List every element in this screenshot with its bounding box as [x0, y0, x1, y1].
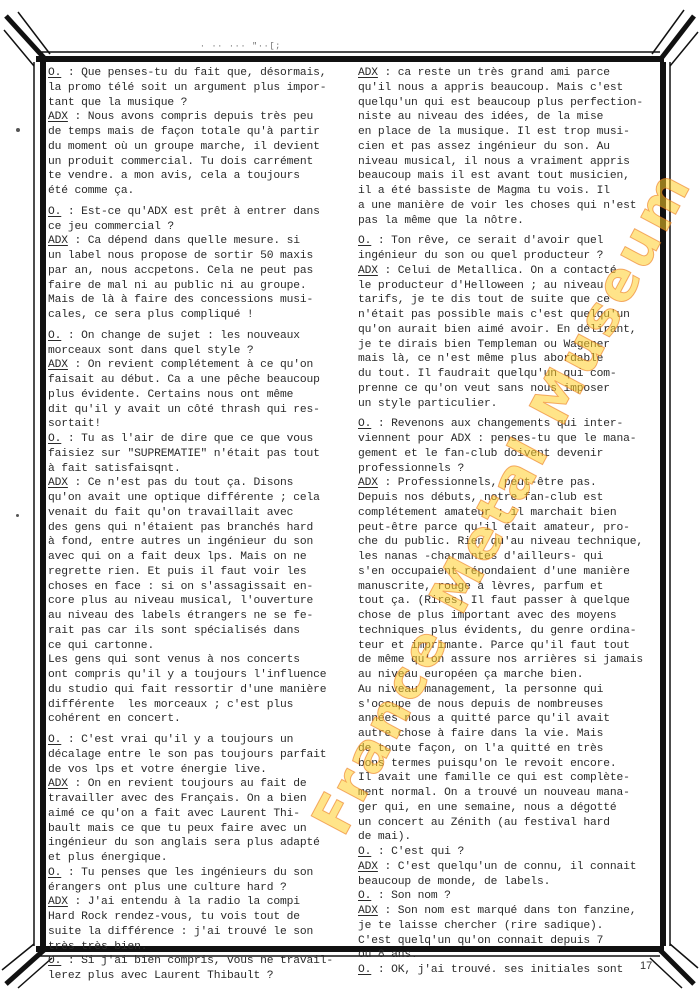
text-line: O. : Est-ce qu'ADX est prêt à entrer dan…	[48, 205, 353, 220]
text-line: venait du fait qu'on travaillait avec	[48, 506, 353, 521]
line-text: : Nous avons compris depuis très peu	[68, 111, 313, 123]
text-line: ADX : Professionnels, peut-être pas.	[358, 476, 663, 491]
text-line: du studio qui fait ressortir d'une maniè…	[48, 683, 353, 698]
text-line: sortait!	[48, 417, 353, 432]
text-line: cien et pas assez ingénieur du son. Au	[358, 140, 663, 155]
text-line: O. : Que penses-tu du fait que, désormai…	[48, 66, 353, 81]
text-line: suite la différence : j'ai trouvé le son	[48, 925, 353, 940]
text-line: a une manière de voir les choses qui n'e…	[358, 199, 663, 214]
text-line: Au niveau management, la personne qui	[358, 683, 663, 698]
text-line: la promo télé soit un argument plus impo…	[48, 81, 353, 96]
text-line: du moment où un groupe marche, il devien…	[48, 140, 353, 155]
text-line: che du public. Rien qu'au niveau techniq…	[358, 535, 663, 550]
text-line: quelqu'un qui est beaucoup plus perfecti…	[358, 96, 663, 111]
text-line: plus évidente. Certains nous ont même	[48, 388, 353, 403]
text-line: tant que la musique ?	[48, 96, 353, 111]
text-line: beaucoup de monde, de labels.	[358, 875, 663, 890]
speaker-label: O.	[358, 235, 371, 247]
text-line: niveau musical, il nous a vraiment appri…	[358, 155, 663, 170]
text-line: C'est quelq'un qu'on connait depuis 7	[358, 934, 663, 949]
text-line: aimé ce qu'on a fait avec Laurent Thi-	[48, 807, 353, 822]
text-line: complétement amateur ; il marchait bien	[358, 506, 663, 521]
text-line: beaucoup mais il est avant tout musicien…	[358, 169, 663, 184]
line-text: : C'est qui ?	[371, 846, 464, 858]
text-line: viennent pour ADX : penses-tu que le man…	[358, 432, 663, 447]
line-text: : Ca dépend dans quelle mesure. si	[68, 235, 300, 247]
speaker-label: O.	[48, 867, 61, 879]
speaker-label: O.	[358, 418, 371, 430]
text-line: un produit commercial. Tu dois carrément	[48, 155, 353, 170]
text-line: qu'on aurait bien aimé avoir. En déliran…	[358, 323, 663, 338]
text-line: années nous a quitté parce qu'il avait	[358, 712, 663, 727]
text-line: autre chose à faire dans la vie. Mais	[358, 727, 663, 742]
text-line: différente les morceaux ; c'est plus	[48, 698, 353, 713]
text-line: qu'on avait une optique différente ; cel…	[48, 491, 353, 506]
text-line: O. : OK, j'ai trouvé. ses initiales sont	[358, 963, 663, 978]
text-line: O. : C'est vrai qu'il y a toujours un	[48, 733, 353, 748]
text-line: ADX : On revient complétement à ce qu'on	[48, 358, 353, 373]
line-text: : On change de sujet : les nouveaux	[61, 330, 300, 342]
speaker-label: ADX	[358, 905, 378, 917]
line-text: : OK, j'ai trouvé. ses initiales sont	[371, 964, 623, 976]
text-line: ingénieur du son anglais sera plus adapt…	[48, 836, 353, 851]
text-line: de temps mais de façon totale qu'à parti…	[48, 125, 353, 140]
text-line: O. : Ton rêve, ce serait d'avoir quel	[358, 234, 663, 249]
header-scribble: · ·· ··· "··[;	[200, 42, 281, 51]
text-line: rait pas car ils sont spécialisés dans	[48, 624, 353, 639]
speaker-label: O.	[48, 206, 61, 218]
text-line: ADX : Ca dépend dans quelle mesure. si	[48, 234, 353, 249]
text-line: chose de plus important avec des moyens	[358, 609, 663, 624]
text-line: ce qui cartonne.	[48, 639, 353, 654]
speaker-label: O.	[358, 846, 371, 858]
text-line: du tout. Il faudrait quelqu'un qui com-	[358, 367, 663, 382]
speaker-label: O.	[358, 964, 371, 976]
line-text: : Celui de Metallica. On a contacté	[378, 265, 617, 277]
line-text: : On revient complétement à ce qu'on	[68, 359, 313, 371]
text-line: ou 8 ans.	[358, 948, 663, 963]
text-line: bault mais ce que tu peux faire avec un	[48, 822, 353, 837]
line-text: : Tu penses que les ingénieurs du son	[61, 867, 313, 879]
text-line: O. : On change de sujet : les nouveaux	[48, 329, 353, 344]
text-line: O. : Tu as l'air de dire que ce que vous	[48, 432, 353, 447]
speaker-label: ADX	[358, 265, 378, 277]
text-line: en place de la musique. Il est trop musi…	[358, 125, 663, 140]
line-text: : Son nom ?	[371, 890, 451, 902]
speaker-label: ADX	[48, 778, 68, 790]
text-line: manuscrite, rouge à lèvres, parfum et	[358, 580, 663, 595]
text-line: décalage entre le son pas toujours parfa…	[48, 748, 353, 763]
text-line: ADX : C'est quelqu'un de connu, il conna…	[358, 860, 663, 875]
text-line: O. : Revenons aux changements qui inter-	[358, 417, 663, 432]
text-line: choses en face : si on s'assagissait en-	[48, 580, 353, 595]
speaker-label: ADX	[48, 896, 68, 908]
line-text: : Ton rêve, ce serait d'avoir quel	[371, 235, 603, 247]
line-text: : C'est quelqu'un de connu, il connait	[378, 861, 637, 873]
text-line: professionnels ?	[358, 462, 663, 477]
text-line: Depuis nos débuts, notre fan-club est	[358, 491, 663, 506]
text-line: teur et imprimante. Parce qu'il faut tou…	[358, 639, 663, 654]
text-line: O. : Son nom ?	[358, 889, 663, 904]
text-line: un concert au Zénith (au festival hard	[358, 816, 663, 831]
text-line: te vendre. a mon avis, cela a toujours	[48, 169, 353, 184]
text-line: de mai).	[358, 830, 663, 845]
line-text: : C'est vrai qu'il y a toujours un	[61, 734, 293, 746]
text-line: de même qu'on assure nos arrières si jam…	[358, 653, 663, 668]
text-line: faisiez sur "SUPREMATIE" n'était pas tou…	[48, 447, 353, 462]
line-text: : Ce n'est pas du tout ça. Disons	[68, 477, 293, 489]
text-line: ingénieur du son ou quel producteur ?	[358, 249, 663, 264]
text-line: ADX : J'ai entendu à la radio la compi	[48, 895, 353, 910]
speaker-label: ADX	[358, 861, 378, 873]
page-number: 17	[640, 960, 652, 972]
text-line: tout ça. (Rires) Il faut passer à quelqu…	[358, 594, 663, 609]
text-line: le producteur d'Helloween ; au niveau	[358, 279, 663, 294]
line-text: : Professionnels, peut-être pas.	[378, 477, 597, 489]
text-line: été comme ça.	[48, 184, 353, 199]
text-line: ce jeu commercial ?	[48, 220, 353, 235]
text-line: de vos lps et votre énergie live.	[48, 763, 353, 778]
speaker-label: ADX	[48, 359, 68, 371]
text-line: par an, nous accpetons. Cela ne peut pas	[48, 264, 353, 279]
text-line: ADX : ca reste un très grand ami parce	[358, 66, 663, 81]
text-line: techniques plus évidents, du genre ordin…	[358, 624, 663, 639]
text-line: O. : C'est qui ?	[358, 845, 663, 860]
text-line: cales, ce sera plus compliqué !	[48, 308, 353, 323]
speaker-label: O.	[48, 330, 61, 342]
right-column-text: ADX : ca reste un très grand ami parcequ…	[358, 66, 663, 978]
punch-hole-mark	[16, 514, 19, 517]
line-text: : Est-ce qu'ADX est prêt à entrer dans	[61, 206, 320, 218]
text-line: niste au niveau des idées, de la mise	[358, 110, 663, 125]
line-text: : Que penses-tu du fait que, désormais,	[61, 67, 326, 79]
text-line: gement et le fan-club doivent devenir	[358, 447, 663, 462]
line-text: : Si j'ai bien compris, vous ne travail-	[61, 955, 333, 967]
text-line: peut-être parce qu'il était amateur, pro…	[358, 521, 663, 536]
line-text: : ca reste un très grand ami parce	[378, 67, 610, 79]
speaker-label: ADX	[48, 111, 68, 123]
text-line: ger qui, en une semaine, nous a dégotté	[358, 801, 663, 816]
speaker-label: ADX	[358, 67, 378, 79]
text-line: je te laisse chercher (rire sadique).	[358, 919, 663, 934]
text-line: ADX : Nous avons compris depuis très peu	[48, 110, 353, 125]
text-line: morceaux sont dans quel style ?	[48, 344, 353, 359]
text-line: qu'il nous a appris beaucoup. Mais c'est	[358, 81, 663, 96]
text-line: et plus énergique.	[48, 851, 353, 866]
speaker-label: ADX	[48, 477, 68, 489]
punch-hole-mark	[16, 128, 20, 132]
speaker-label: O.	[48, 955, 61, 967]
line-text: : Revenons aux changements qui inter-	[371, 418, 623, 430]
text-line: tarifs, je te dis tout de suite que ce	[358, 293, 663, 308]
text-line: je te dirais bien Templeman ou Wagener	[358, 338, 663, 353]
text-line: au niveau des labels étrangers ne se fe-	[48, 609, 353, 624]
text-line: core plus au niveau musical, l'ouverture	[48, 594, 353, 609]
text-line: à fond, entre autres un ingénieur du son	[48, 535, 353, 550]
magazine-page: · ·· ··· "··[; O. : Que penses-tu du fai…	[0, 0, 700, 991]
text-line: à fait satisfaisqnt.	[48, 462, 353, 477]
text-line: regrette rien. Et puis il faut voir les	[48, 565, 353, 580]
text-line: Il avait une famille ce qui est complète…	[358, 771, 663, 786]
text-line: érangers ont plus une culture hard ?	[48, 881, 353, 896]
text-line: avec qui on a fait deux lps. Mais on ne	[48, 550, 353, 565]
text-line: au niveau européen ça marche bien.	[358, 668, 663, 683]
line-text: : On en revient toujours au fait de	[68, 778, 307, 790]
line-text: : Tu as l'air de dire que ce que vous	[61, 433, 313, 445]
speaker-label: O.	[48, 433, 61, 445]
text-line: ADX : On en revient toujours au fait de	[48, 777, 353, 792]
speaker-label: ADX	[358, 477, 378, 489]
line-text: : J'ai entendu à la radio la compi	[68, 896, 300, 908]
text-line: Les gens qui sont venus à nos concerts	[48, 653, 353, 668]
text-line: des gens qui n'étaient pas branchés hard	[48, 521, 353, 536]
text-line: mais là, ce n'est même plus abordable	[358, 352, 663, 367]
text-line: ADX : Son nom est marqué dans ton fanzin…	[358, 904, 663, 919]
text-line: s'occupe de nous depuis de nombreuses	[358, 698, 663, 713]
speaker-label: O.	[48, 734, 61, 746]
text-line: un style particulier.	[358, 397, 663, 412]
text-line: ADX : Ce n'est pas du tout ça. Disons	[48, 476, 353, 491]
text-line: faire de mal ni au public ni au groupe.	[48, 279, 353, 294]
text-line: bons termes puisqu'on le revoit encore.	[358, 757, 663, 772]
text-line: O. : Tu penses que les ingénieurs du son	[48, 866, 353, 881]
text-line: un label nous propose de sortir 50 maxis	[48, 249, 353, 264]
text-line: Mais de là à faire des concessions musi-	[48, 293, 353, 308]
text-line: O. : Si j'ai bien compris, vous ne trava…	[48, 954, 353, 969]
text-line: ont compris qu'il y a toujours l'influen…	[48, 668, 353, 683]
text-line: faisait au début. Ca a une pêche beaucou…	[48, 373, 353, 388]
text-line: ADX : Celui de Metallica. On a contacté	[358, 264, 663, 279]
text-line: très très bien.	[48, 940, 353, 955]
text-line: s'en occupaient répondaient d'une manièr…	[358, 565, 663, 580]
speaker-label: O.	[48, 67, 61, 79]
text-line: cohérent en concert.	[48, 712, 353, 727]
text-line: les nanas -charmantes d'ailleurs- qui	[358, 550, 663, 565]
text-line: dit qu'il y avait un côté thrash qui res…	[48, 403, 353, 418]
text-line: ment normal. On a trouvé un nouveau mana…	[358, 786, 663, 801]
text-line: lerez plus avec Laurent Thibault ?	[48, 969, 353, 984]
speaker-label: ADX	[48, 235, 68, 247]
line-text: : Son nom est marqué dans ton fanzine,	[378, 905, 637, 917]
text-line: n'était pas possible mais c'est quelqu'u…	[358, 308, 663, 323]
text-line: il a été bassiste de Magma tu vois. Il	[358, 184, 663, 199]
text-line: de toute façon, on l'a quitté en très	[358, 742, 663, 757]
text-line: prenne ce qu'on veut sans nous imposer	[358, 382, 663, 397]
text-line: pas la même que la nôtre.	[358, 214, 663, 229]
text-line: travailler avec des Français. On a bien	[48, 792, 353, 807]
speaker-label: O.	[358, 890, 371, 902]
left-column-text: O. : Que penses-tu du fait que, désormai…	[48, 66, 353, 984]
text-line: Hard Rock rendez-vous, tu vois tout de	[48, 910, 353, 925]
